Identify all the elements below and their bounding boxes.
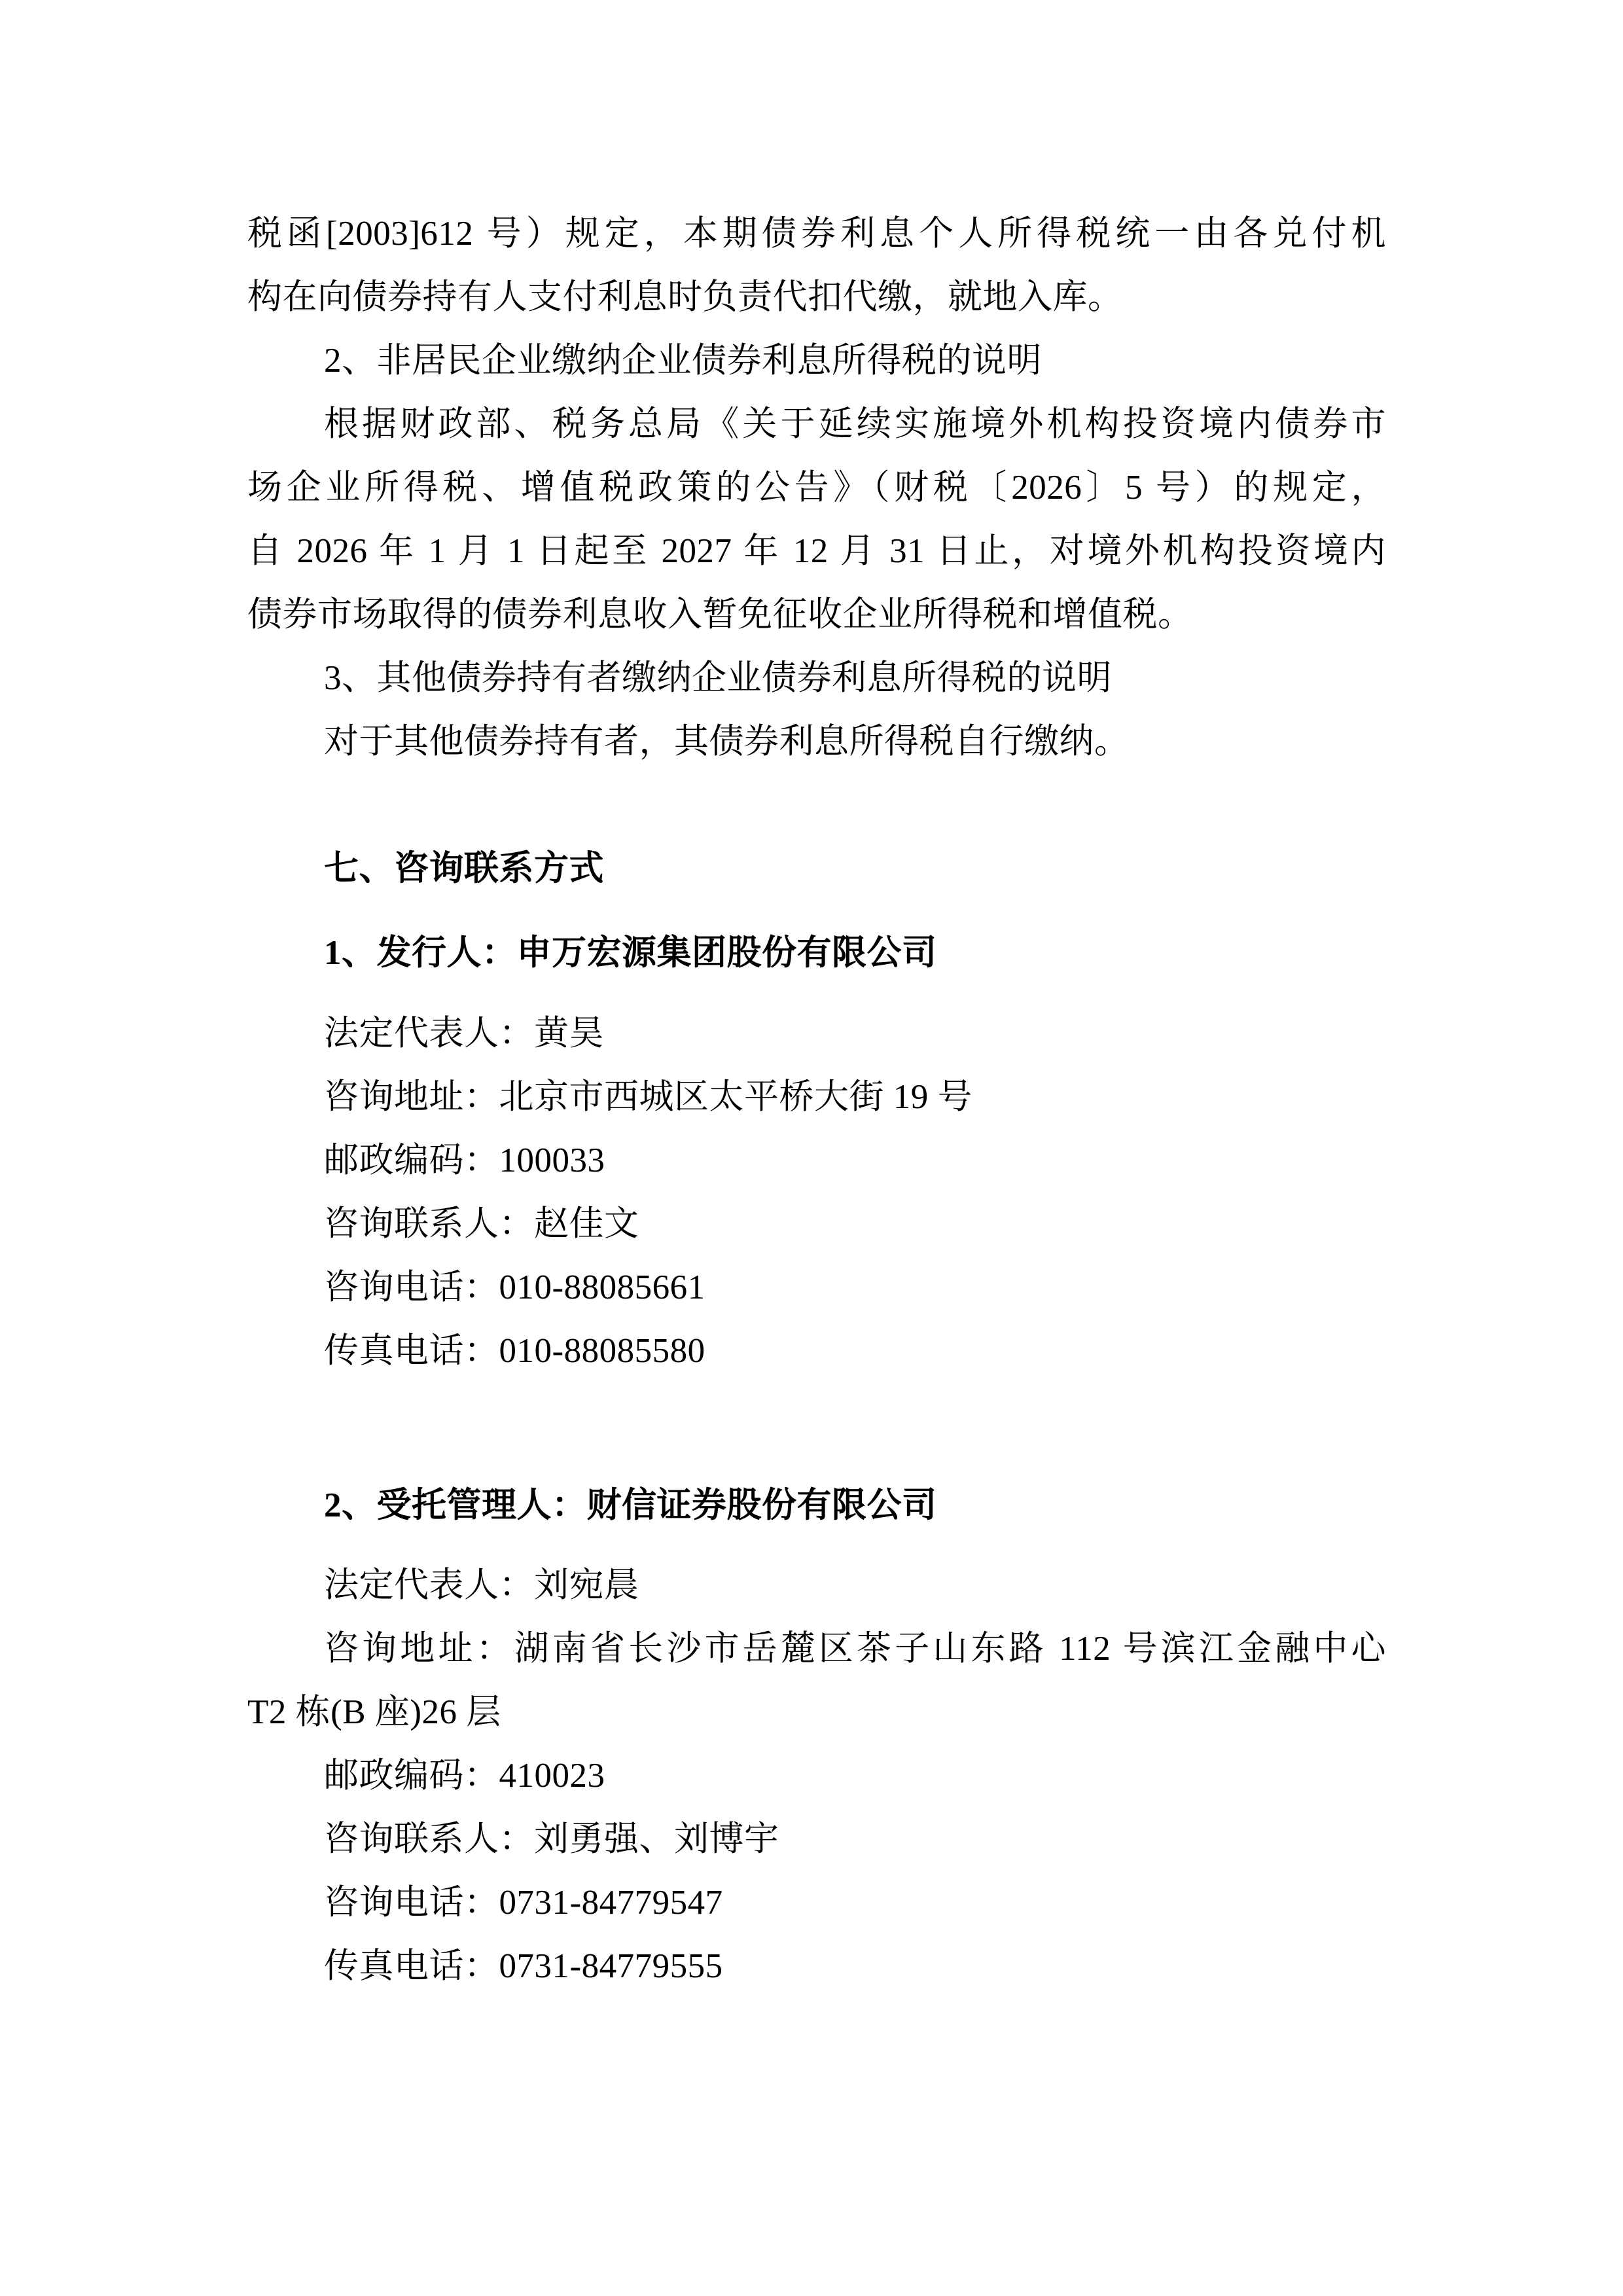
issuer-phone: 咨询电话：010-88085661 bbox=[324, 1266, 1386, 1308]
item2-heading: 2、非居民企业缴纳企业债券利息所得税的说明 bbox=[324, 340, 1386, 382]
trustee-phone: 咨询电话：0731-84779547 bbox=[324, 1882, 1386, 1924]
issuer-contact: 咨询联系人：赵佳文 bbox=[324, 1203, 1386, 1245]
item3-heading: 3、其他债券持有者缴纳企业债券利息所得税的说明 bbox=[324, 657, 1386, 699]
issuer-legal-rep: 法定代表人：黄昊 bbox=[324, 1013, 1386, 1054]
section-title: 七、咨询联系方式 bbox=[324, 848, 1386, 889]
issuer-address: 咨询地址：北京市西城区太平桥大街 19 号 bbox=[324, 1076, 1386, 1118]
issuer-heading: 1、发行人：申万宏源集团股份有限公司 bbox=[324, 932, 1386, 974]
paragraph-line: 税函[2003]612 号）规定，本期债券利息个人所得税统一由各兑付机 bbox=[247, 213, 1386, 255]
paragraph-line: 对于其他债券持有者，其债券利息所得税自行缴纳。 bbox=[324, 721, 1386, 762]
issuer-postcode: 邮政编码：100033 bbox=[324, 1139, 1386, 1181]
issuer-fax: 传真电话：010-88085580 bbox=[324, 1330, 1386, 1372]
paragraph-line: 债券市场取得的债券利息收入暂免征收企业所得税和增值税。 bbox=[247, 594, 1386, 636]
trustee-contact: 咨询联系人：刘勇强、刘博宇 bbox=[324, 1818, 1386, 1860]
paragraph-line: 根据财政部、税务总局《关于延续实施境外机构投资境内债券市 bbox=[324, 403, 1386, 445]
trustee-heading: 2、受托管理人：财信证券股份有限公司 bbox=[324, 1484, 1386, 1526]
trustee-address-line1: 咨询地址：湖南省长沙市岳麓区茶子山东路 112 号滨江金融中心 bbox=[324, 1628, 1386, 1670]
document-page: 税函[2003]612 号）规定，本期债券利息个人所得税统一由各兑付机 构在向债… bbox=[0, 0, 1623, 2296]
paragraph-line: 构在向债券持有人支付利息时负责代扣代缴，就地入库。 bbox=[247, 276, 1386, 318]
trustee-fax: 传真电话：0731-84779555 bbox=[324, 1945, 1386, 1987]
trustee-postcode: 邮政编码：410023 bbox=[324, 1755, 1386, 1797]
paragraph-line: 场企业所得税、增值税政策的公告》（财税〔2026〕5 号）的规定， bbox=[247, 467, 1386, 509]
trustee-legal-rep: 法定代表人：刘宛晨 bbox=[324, 1564, 1386, 1606]
trustee-address-line2: T2 栋(B 座)26 层 bbox=[247, 1691, 1386, 1733]
paragraph-line: 自 2026 年 1 月 1 日起至 2027 年 12 月 31 日止，对境外… bbox=[247, 530, 1386, 572]
